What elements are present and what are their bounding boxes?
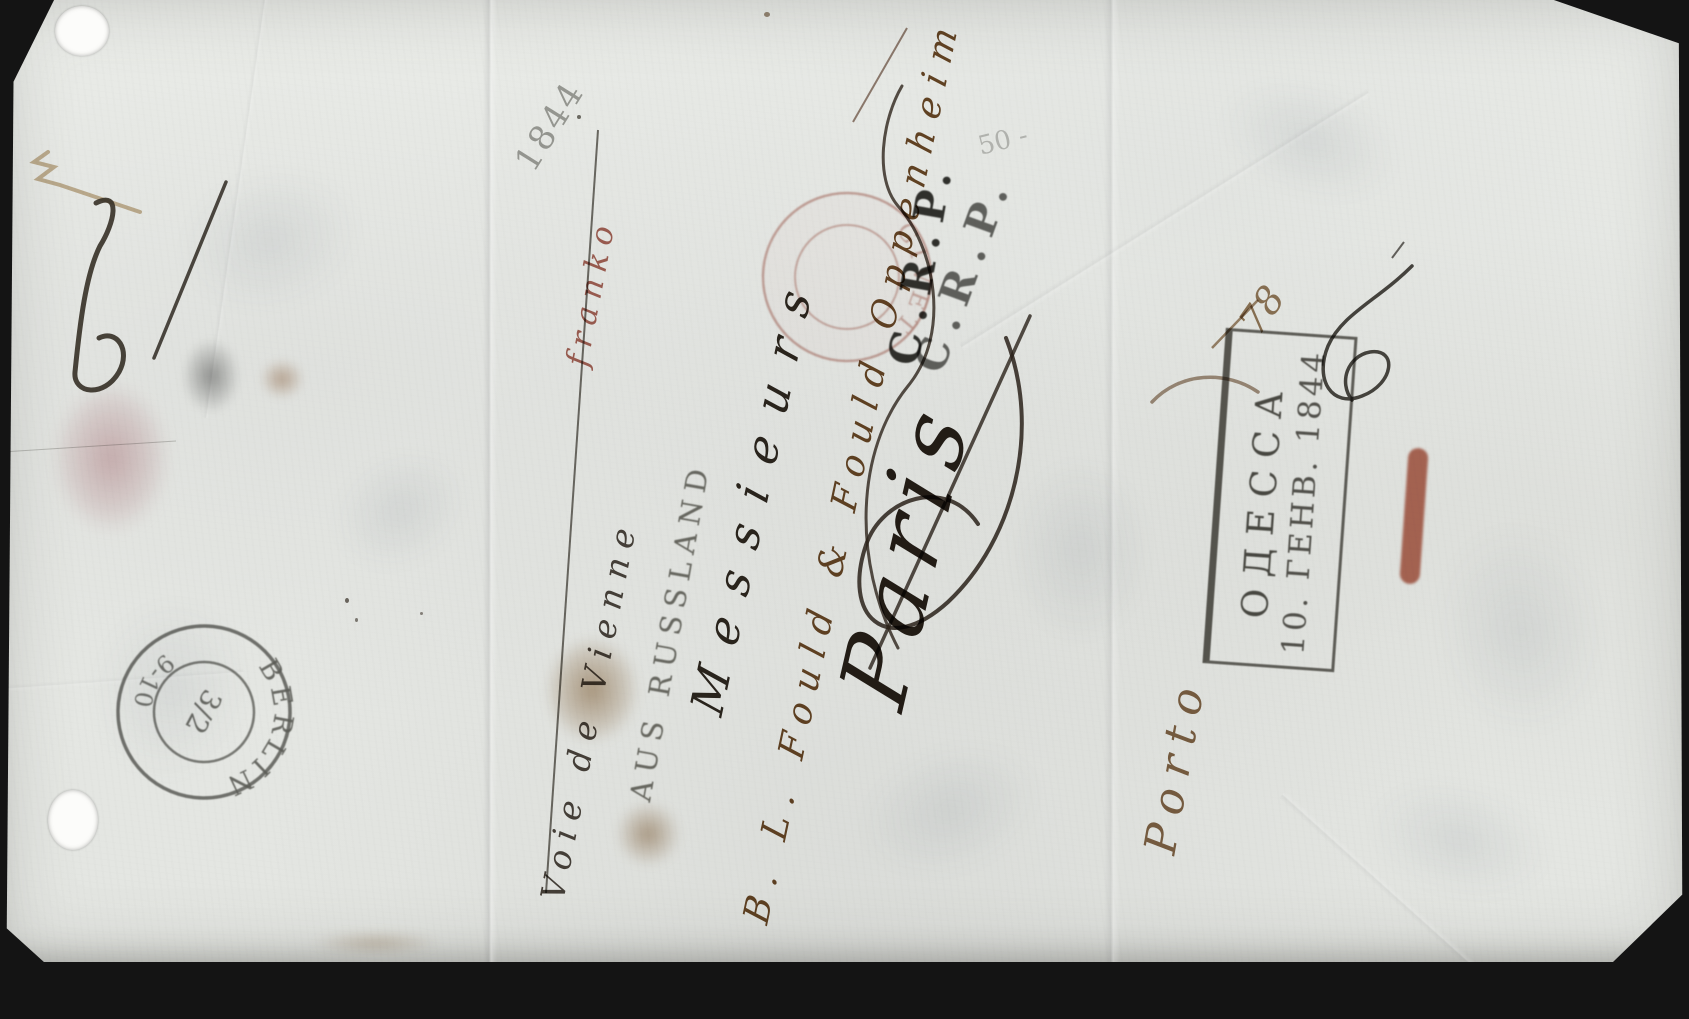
punch-hole-top-left — [55, 6, 109, 56]
show-through-texture — [273, 391, 526, 630]
ink-smudge-gray — [172, 326, 250, 426]
french-entry-cds-red: GIVET — [743, 173, 952, 382]
paper-stain-bottom — [296, 928, 456, 958]
pencil-rate-note: 50 - — [975, 120, 1031, 161]
franko-red-note: franko — [559, 215, 623, 369]
ink-smudge-brown — [252, 352, 312, 406]
route-note-voie-de-vienne: Voie de Vienne — [533, 515, 645, 903]
svg-text:BERLIN: BERLIN — [192, 646, 328, 815]
rate-flourish-paraph — [75, 200, 124, 390]
porto-note: Porto — [1135, 672, 1216, 858]
show-through-texture — [797, 681, 1103, 939]
show-through-texture — [119, 110, 422, 370]
berlin-time-text: 9-10 — [122, 644, 185, 720]
show-through-texture — [1160, 20, 1459, 259]
punch-hole-bottom-left — [48, 790, 98, 850]
red-crayon-mark — [1399, 447, 1428, 584]
faint-hairline — [2, 441, 176, 452]
rate-flourish-slash — [154, 182, 226, 358]
diagonal-crease-left — [202, 0, 270, 418]
berlin-date-text: 3/2 — [178, 684, 228, 739]
ink-speck — [420, 612, 423, 615]
light-brown-zigzag-stroke — [34, 152, 140, 212]
ink-speck — [345, 598, 349, 603]
paper-stain-lower — [606, 792, 690, 876]
wax-seal-remnant — [52, 382, 170, 534]
ink-speck — [355, 618, 358, 622]
diagonal-crease-bottom-right — [1279, 791, 1531, 962]
vertical-fold-right — [1104, 0, 1120, 962]
odessa-boxed-datestamp: ОДЕССА 10. ГЕНВ. 1844 — [1202, 328, 1357, 672]
show-through-texture — [1314, 729, 1607, 951]
letter-sheet: 1844 50 - franko Voie de Vienne Messieur… — [0, 0, 1689, 962]
berlin-city-text: BERLIN — [192, 646, 328, 815]
berlin-circular-datestamp: BERLIN 9-10 3/2 — [69, 577, 339, 847]
ink-speck — [764, 12, 770, 17]
show-through-texture — [980, 420, 1180, 680]
svg-text:9-10: 9-10 — [122, 644, 185, 720]
right-paraph-tick — [1392, 242, 1404, 258]
pencil-year-note: 1844 — [507, 74, 593, 179]
short-diagonal-pen-line — [853, 28, 907, 122]
vertical-fold-left — [483, 0, 497, 962]
